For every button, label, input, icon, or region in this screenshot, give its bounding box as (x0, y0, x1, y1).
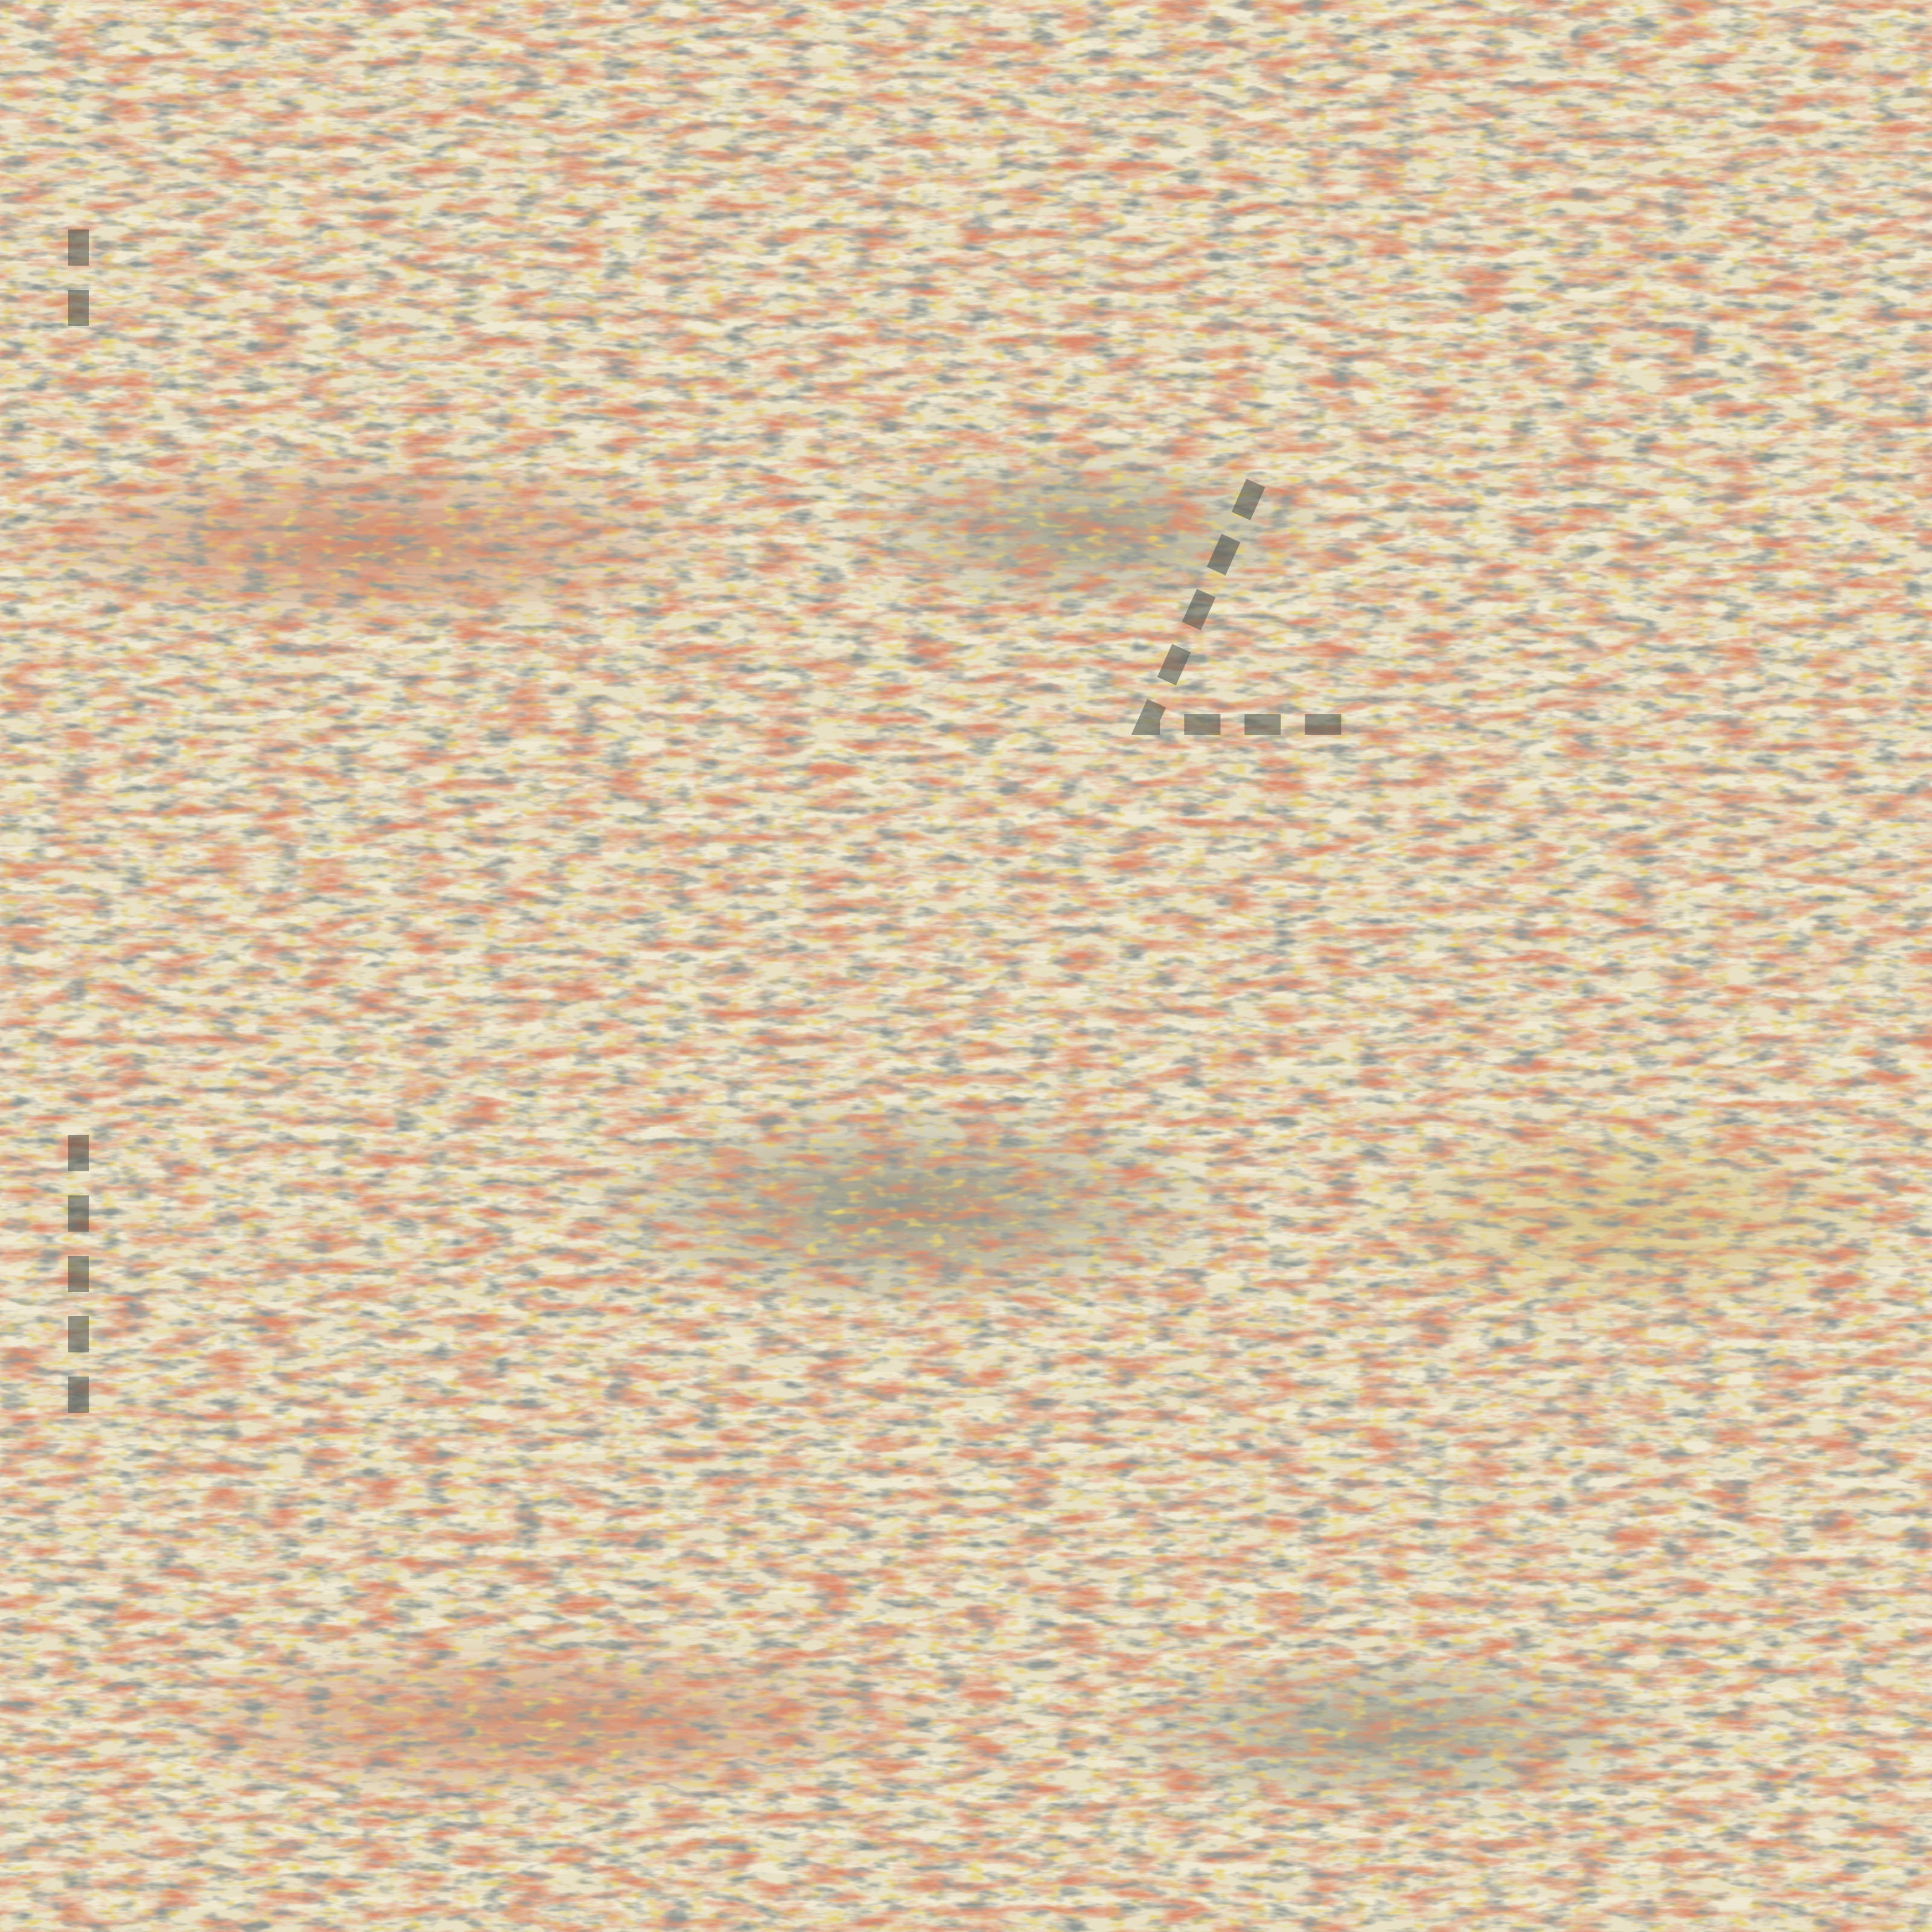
rug-texture-photo (0, 0, 1932, 1932)
rug-noise-layer (0, 0, 1932, 1932)
